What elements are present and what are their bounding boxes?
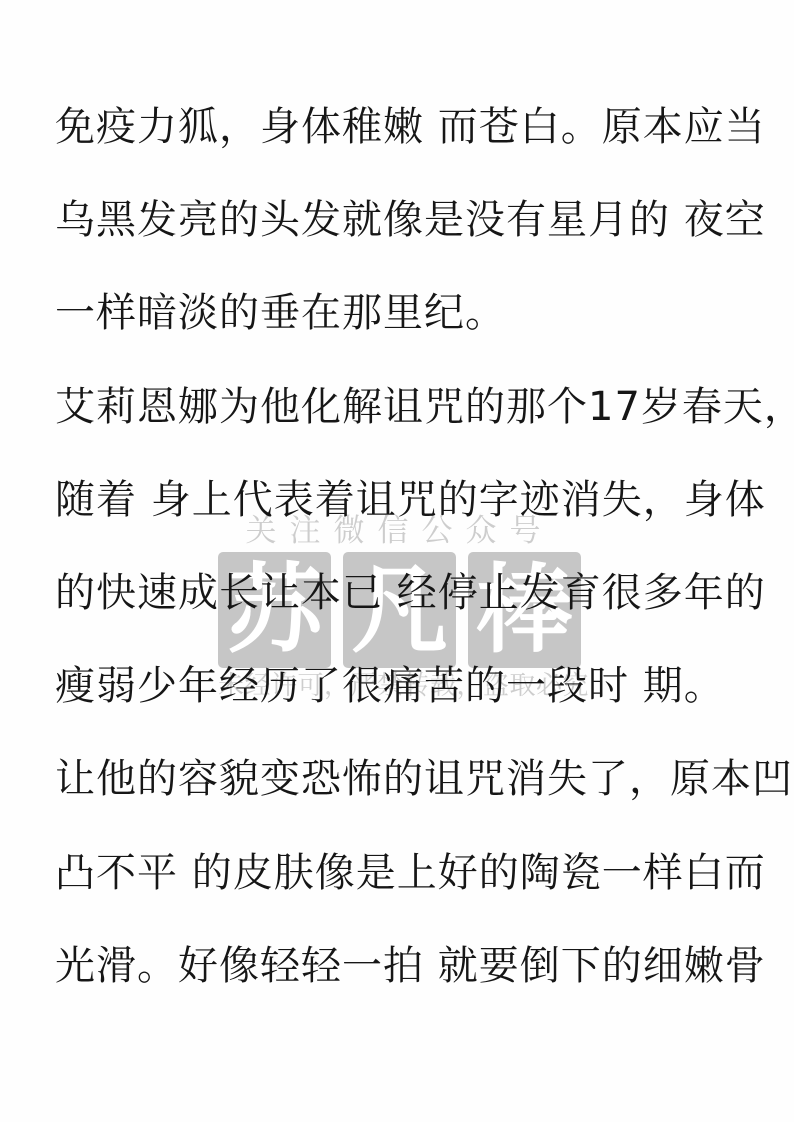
text-line: 光滑。好像轻轻一拍 就要倒下的细嫩骨: [55, 920, 755, 1013]
text-line: 让他的容貌变恐怖的诅咒消失了，原本凹: [55, 733, 755, 826]
text-line: 免疫力狐，身体稚嫩 而苍白。原本应当: [55, 81, 755, 174]
document-page: 关注微信公众号 苏 凡 棒 未经许可，严禁转载，盗取必究 免疫力狐，身体稚嫩 而…: [0, 0, 794, 1122]
paragraph-text: 免疫力狐，身体稚嫩 而苍白。原本应当 乌黑发亮的头发就像是没有星月的 夜空 一样…: [55, 81, 755, 1013]
text-line: 瘦弱少年经历了很痛苦的一段时 期。: [55, 640, 755, 733]
text-line: 的快速成长让本已 经停止发育很多年的: [55, 547, 755, 640]
text-line: 艾莉恩娜为他化解诅咒的那个17岁春天，: [55, 361, 755, 454]
text-line: 一样暗淡的垂在那里纪。: [55, 267, 755, 360]
text-line: 乌黑发亮的头发就像是没有星月的 夜空: [55, 174, 755, 267]
text-line: 随着 身上代表着诅咒的字迹消失，身体: [55, 454, 755, 547]
text-line: 凸不平 的皮肤像是上好的陶瓷一样白而: [55, 827, 755, 920]
